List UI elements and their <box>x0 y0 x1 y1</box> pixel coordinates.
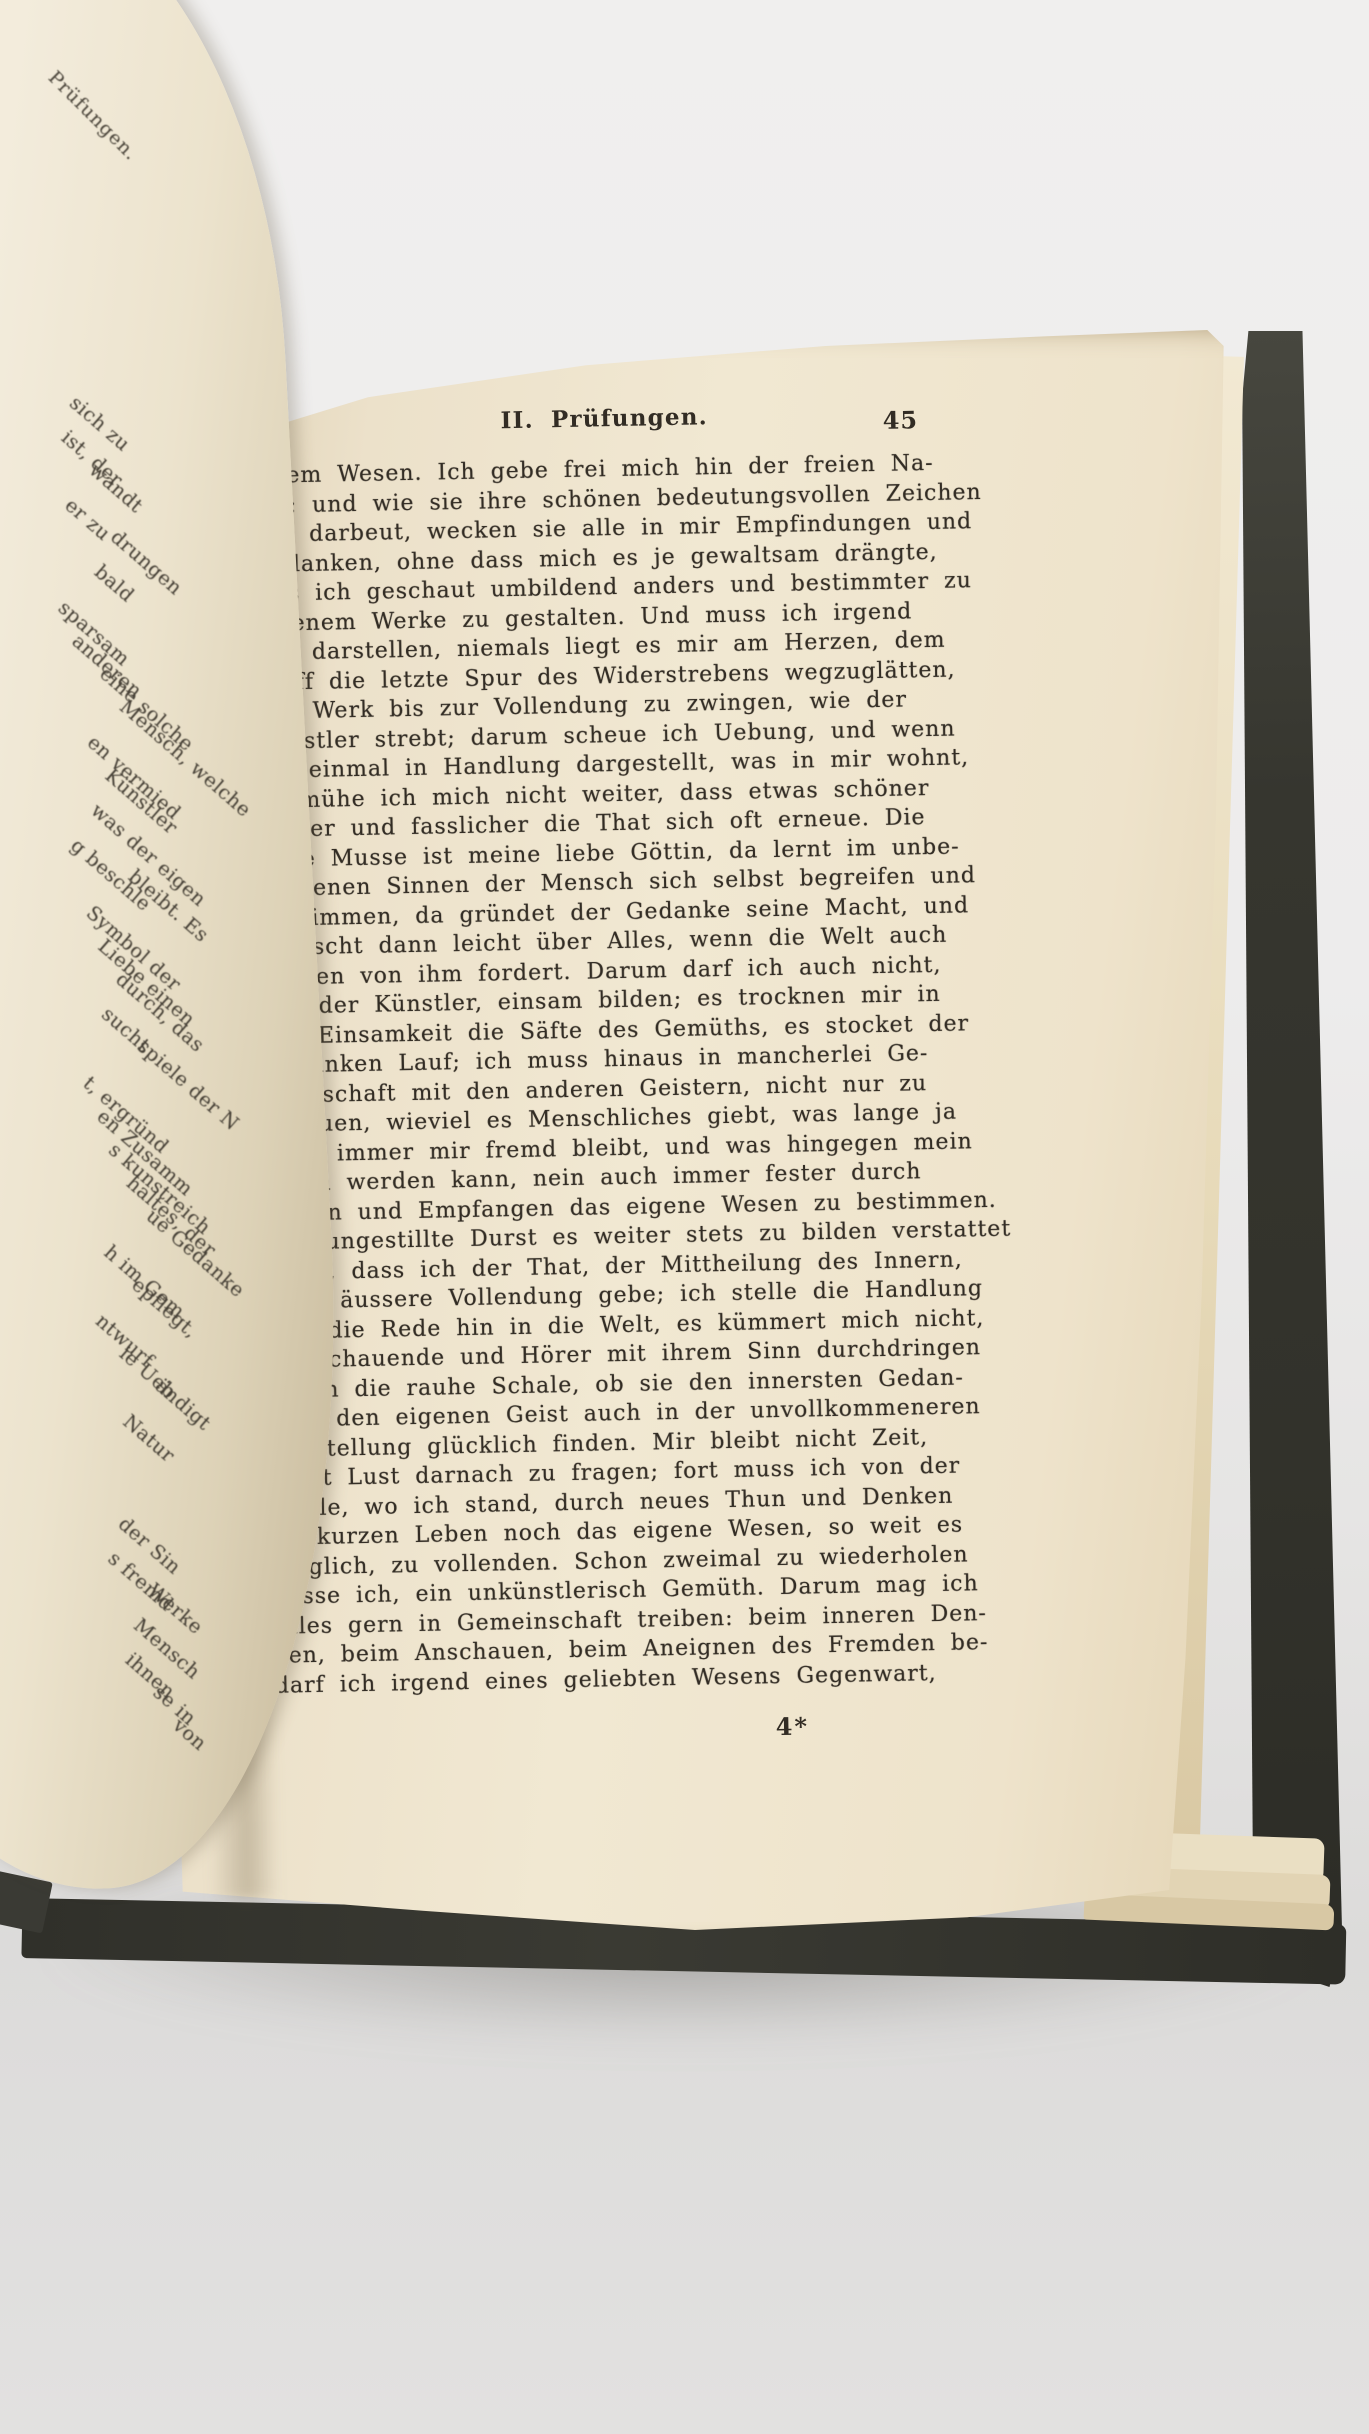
chapter-heading: II. Prüfungen. <box>500 403 708 434</box>
left-page-header-fragment: Prüfungen. <box>44 67 142 165</box>
open-book-photo: II. Prüfungen. 45 ihrem Wesen. Ich gebe … <box>0 0 1369 2434</box>
signature-mark: 4* <box>775 1712 809 1742</box>
body-text: ihrem Wesen. Ich gebe frei mich hin der … <box>251 447 1075 1701</box>
page-number: 45 <box>882 405 918 435</box>
